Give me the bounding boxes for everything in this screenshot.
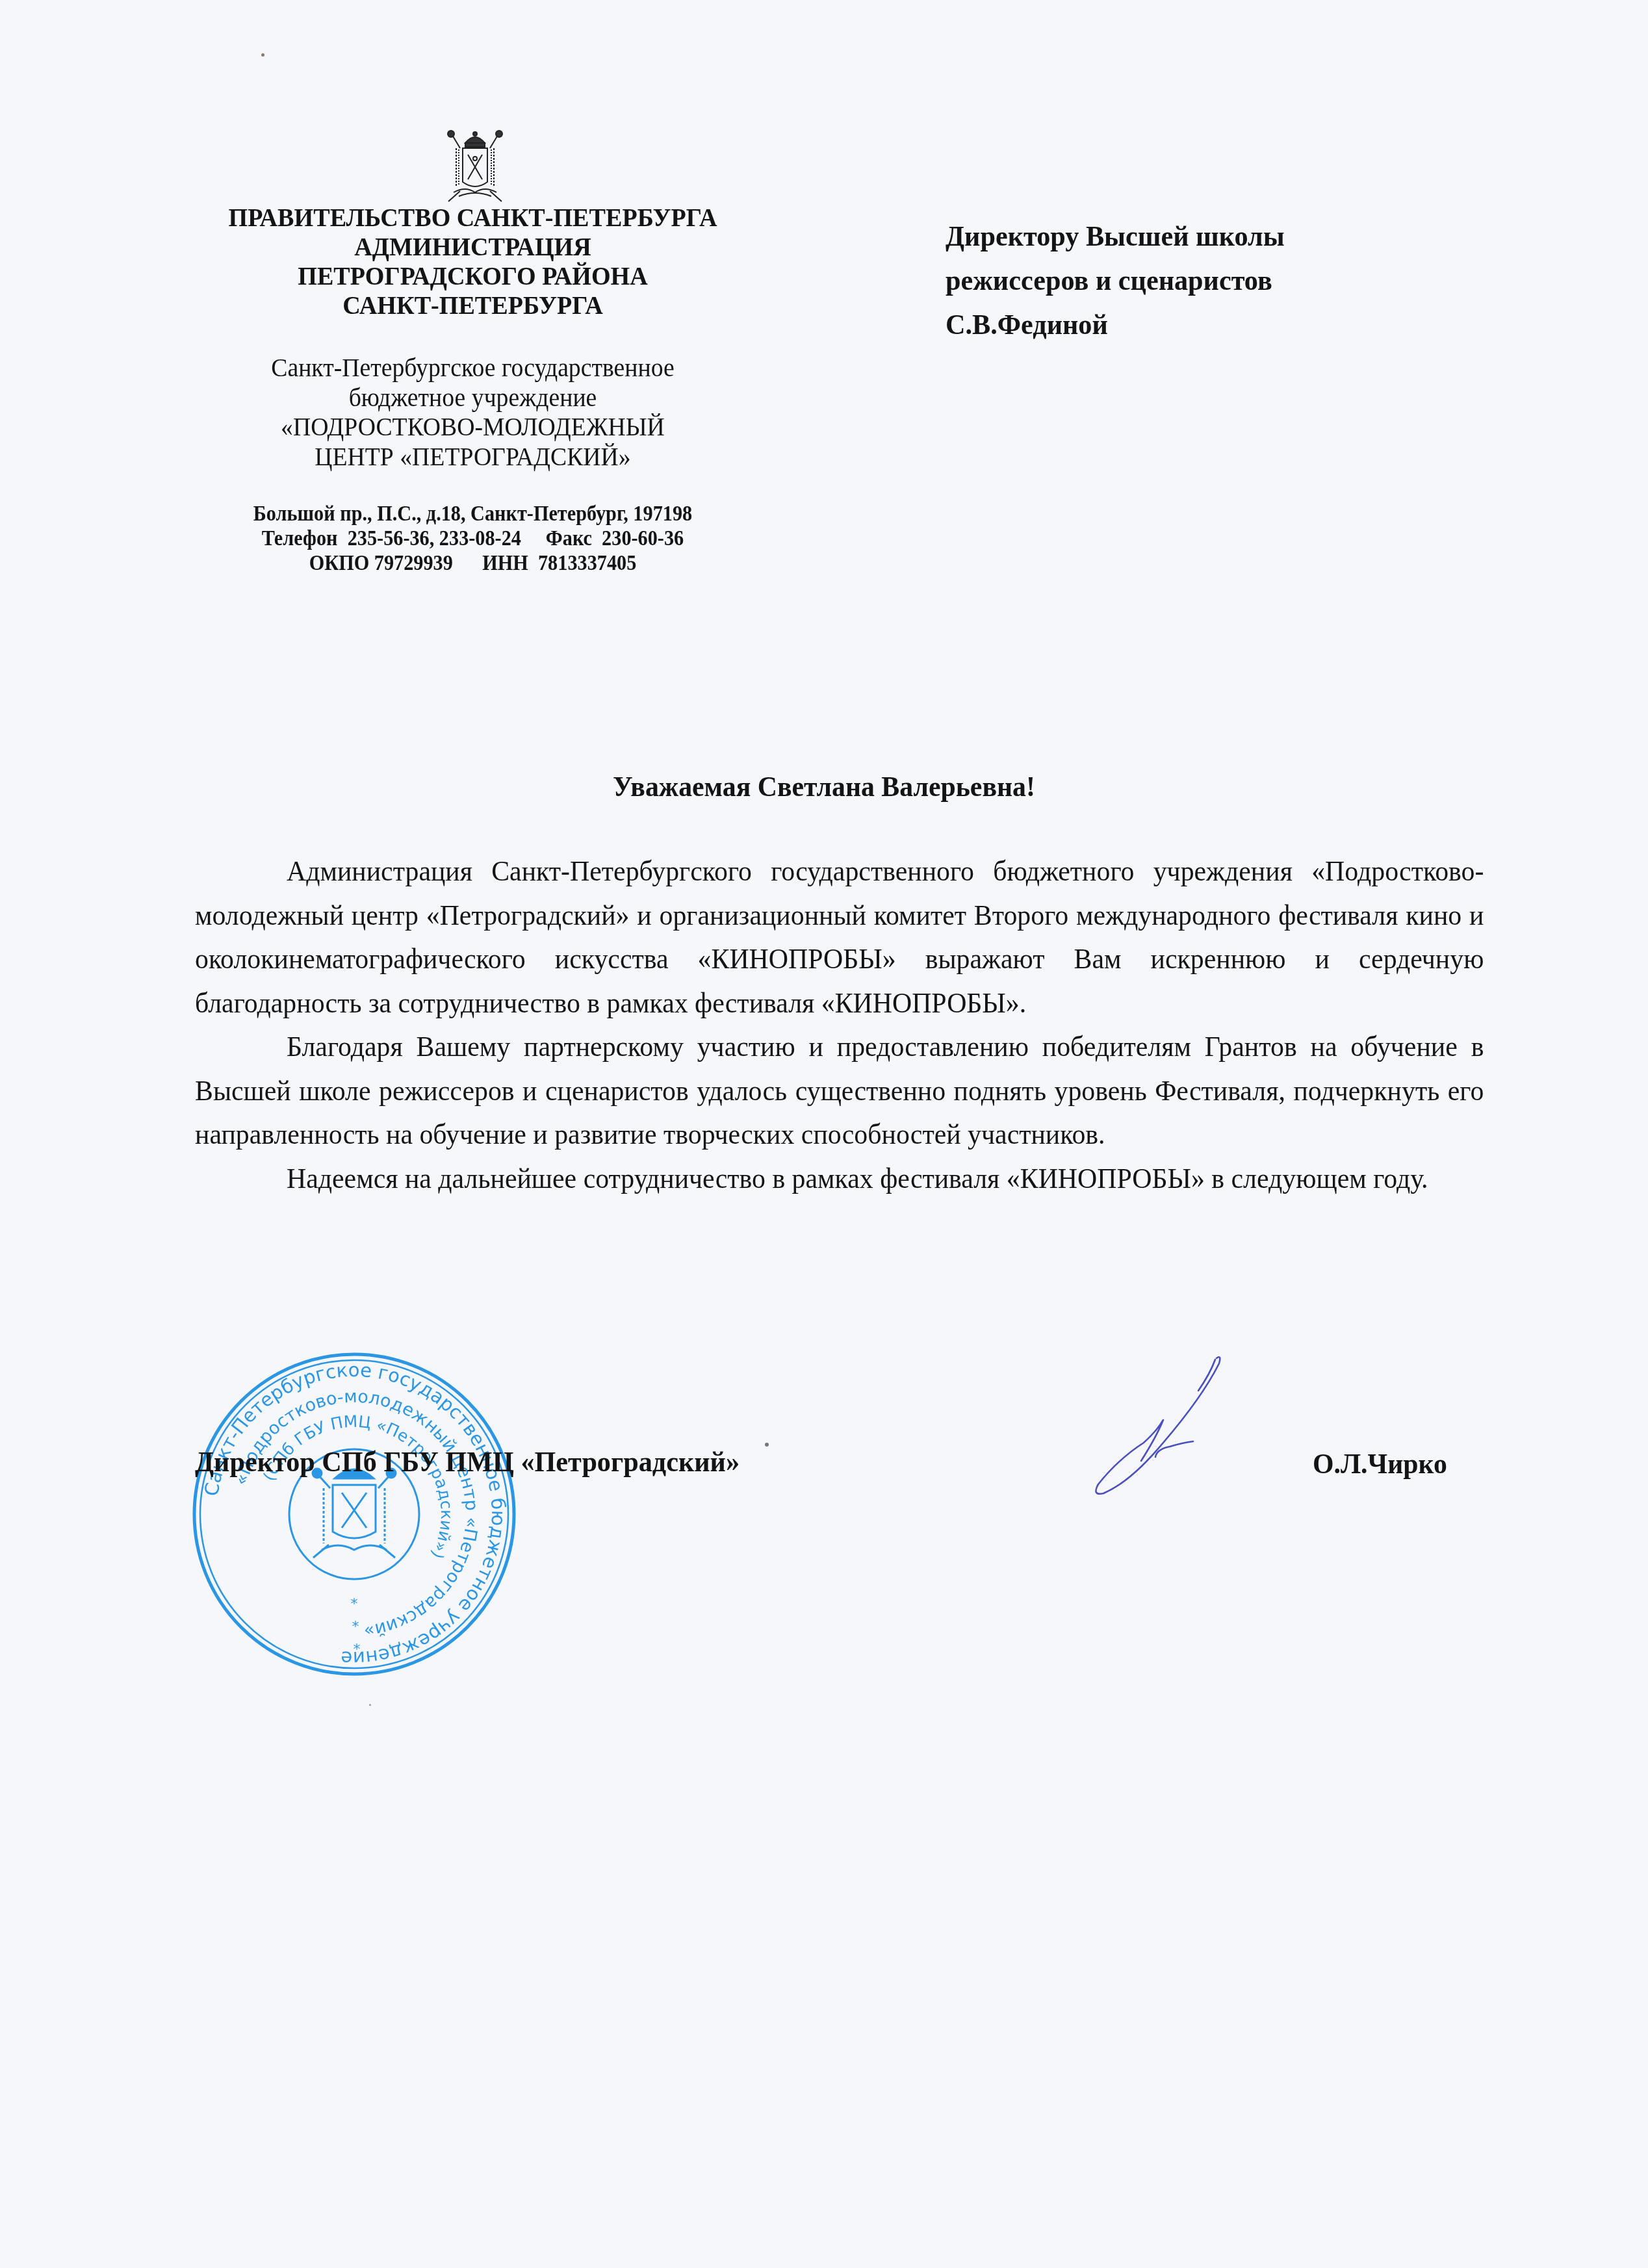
stamp-star: * [354, 1642, 361, 1658]
scan-speck [765, 1443, 769, 1447]
addressee-line: С.В.Фединой [946, 303, 1445, 347]
signatory-name: О.Л.Чирко [1313, 1446, 1447, 1482]
phone-fax-line: Телефон 235-56-36, 233-08-24 Факс 230-60… [220, 526, 726, 551]
stamp-star: * [351, 1596, 358, 1612]
addressee-line: режиссеров и сценаристов [946, 259, 1445, 303]
letterhead-line: САНКТ-ПЕТЕРБУРГА [214, 290, 731, 320]
salutation: Уважаемая Светлана Валерьевна! [41, 769, 1606, 805]
letterhead-organization: Санкт-Петербургское государственное бюдж… [217, 353, 728, 471]
registry-codes-line: ОКПО 79729939 ИНН 7813337405 [220, 551, 726, 576]
scan-speck [369, 1704, 371, 1706]
organization-line: «ПОДРОСТКОВО-МОЛОДЕЖНЫЙ [217, 412, 728, 442]
coat-of-arms-icon [439, 129, 511, 205]
stamp-star: * [352, 1619, 359, 1635]
signatory-title: Директор СПб ГБУ ПМЦ «Петроградский» [195, 1444, 740, 1480]
body-paragraph: Надеемся на дальнейшее сотрудничество в … [195, 1157, 1484, 1201]
addressee-block: Директору Высшей школы режиссеров и сцен… [946, 214, 1465, 347]
stamp-coat-of-arms-icon [313, 1469, 396, 1558]
body-paragraph: Благодаря Вашему партнерскому участию и … [195, 1025, 1484, 1157]
letterhead-contacts: Большой пр., П.С., д.18, Санкт-Петербург… [220, 502, 726, 576]
official-stamp: Санкт-Петербургское государственное бюдж… [188, 1348, 520, 1680]
organization-line: ЦЕНТР «ПЕТРОГРАДСКИЙ» [217, 442, 728, 472]
letterhead-line: ПЕТРОГРАДСКОГО РАЙОНА [214, 261, 731, 290]
letterhead-authority: ПРАВИТЕЛЬСТВО САНКТ-ПЕТЕРБУРГА АДМИНИСТР… [214, 203, 731, 320]
addressee-line: Директору Высшей школы [946, 214, 1445, 259]
letterhead-line: ПРАВИТЕЛЬСТВО САНКТ-ПЕТЕРБУРГА [214, 203, 731, 232]
handwritten-signature-icon [1059, 1345, 1254, 1501]
address-line: Большой пр., П.С., д.18, Санкт-Петербург… [220, 502, 726, 526]
organization-line: бюджетное учреждение [217, 383, 728, 413]
body-paragraph: Администрация Санкт-Петербургского госуд… [195, 849, 1484, 1025]
organization-line: Санкт-Петербургское государственное [217, 353, 728, 383]
scan-speck [261, 53, 264, 57]
letterhead-line: АДМИНИСТРАЦИЯ [214, 232, 731, 261]
letter-body: Администрация Санкт-Петербургского госуд… [195, 849, 1484, 1200]
